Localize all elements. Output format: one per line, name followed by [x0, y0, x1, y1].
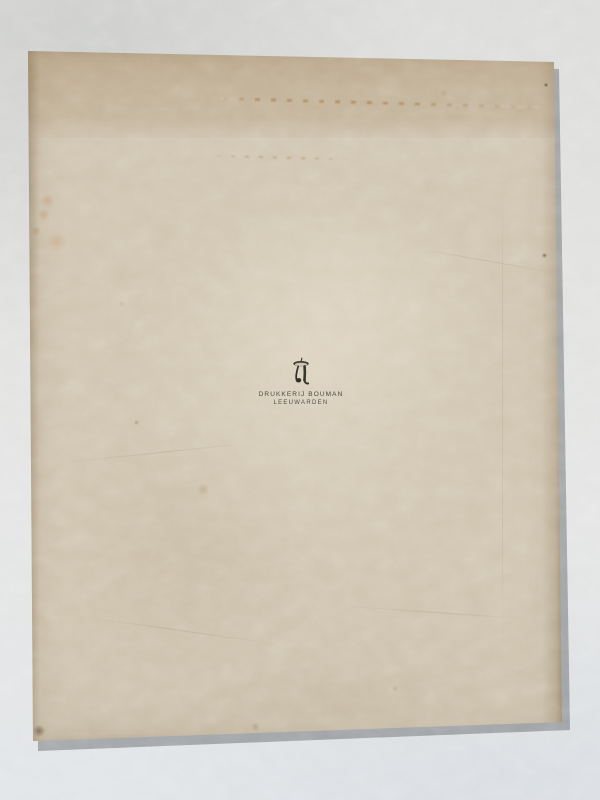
imprint-line-2: LEEUWARDEN	[246, 400, 356, 406]
foxing-spot	[461, 53, 469, 61]
printer-mark-icon	[290, 357, 312, 388]
printer-imprint: DRUKKERIJ BOUMAN LEEUWARDEN	[246, 357, 356, 406]
imprint-line-1: DRUKKERIJ BOUMAN	[246, 391, 356, 398]
booklet-back-cover: DRUKKERIJ BOUMAN LEEUWARDEN	[0, 0, 600, 800]
